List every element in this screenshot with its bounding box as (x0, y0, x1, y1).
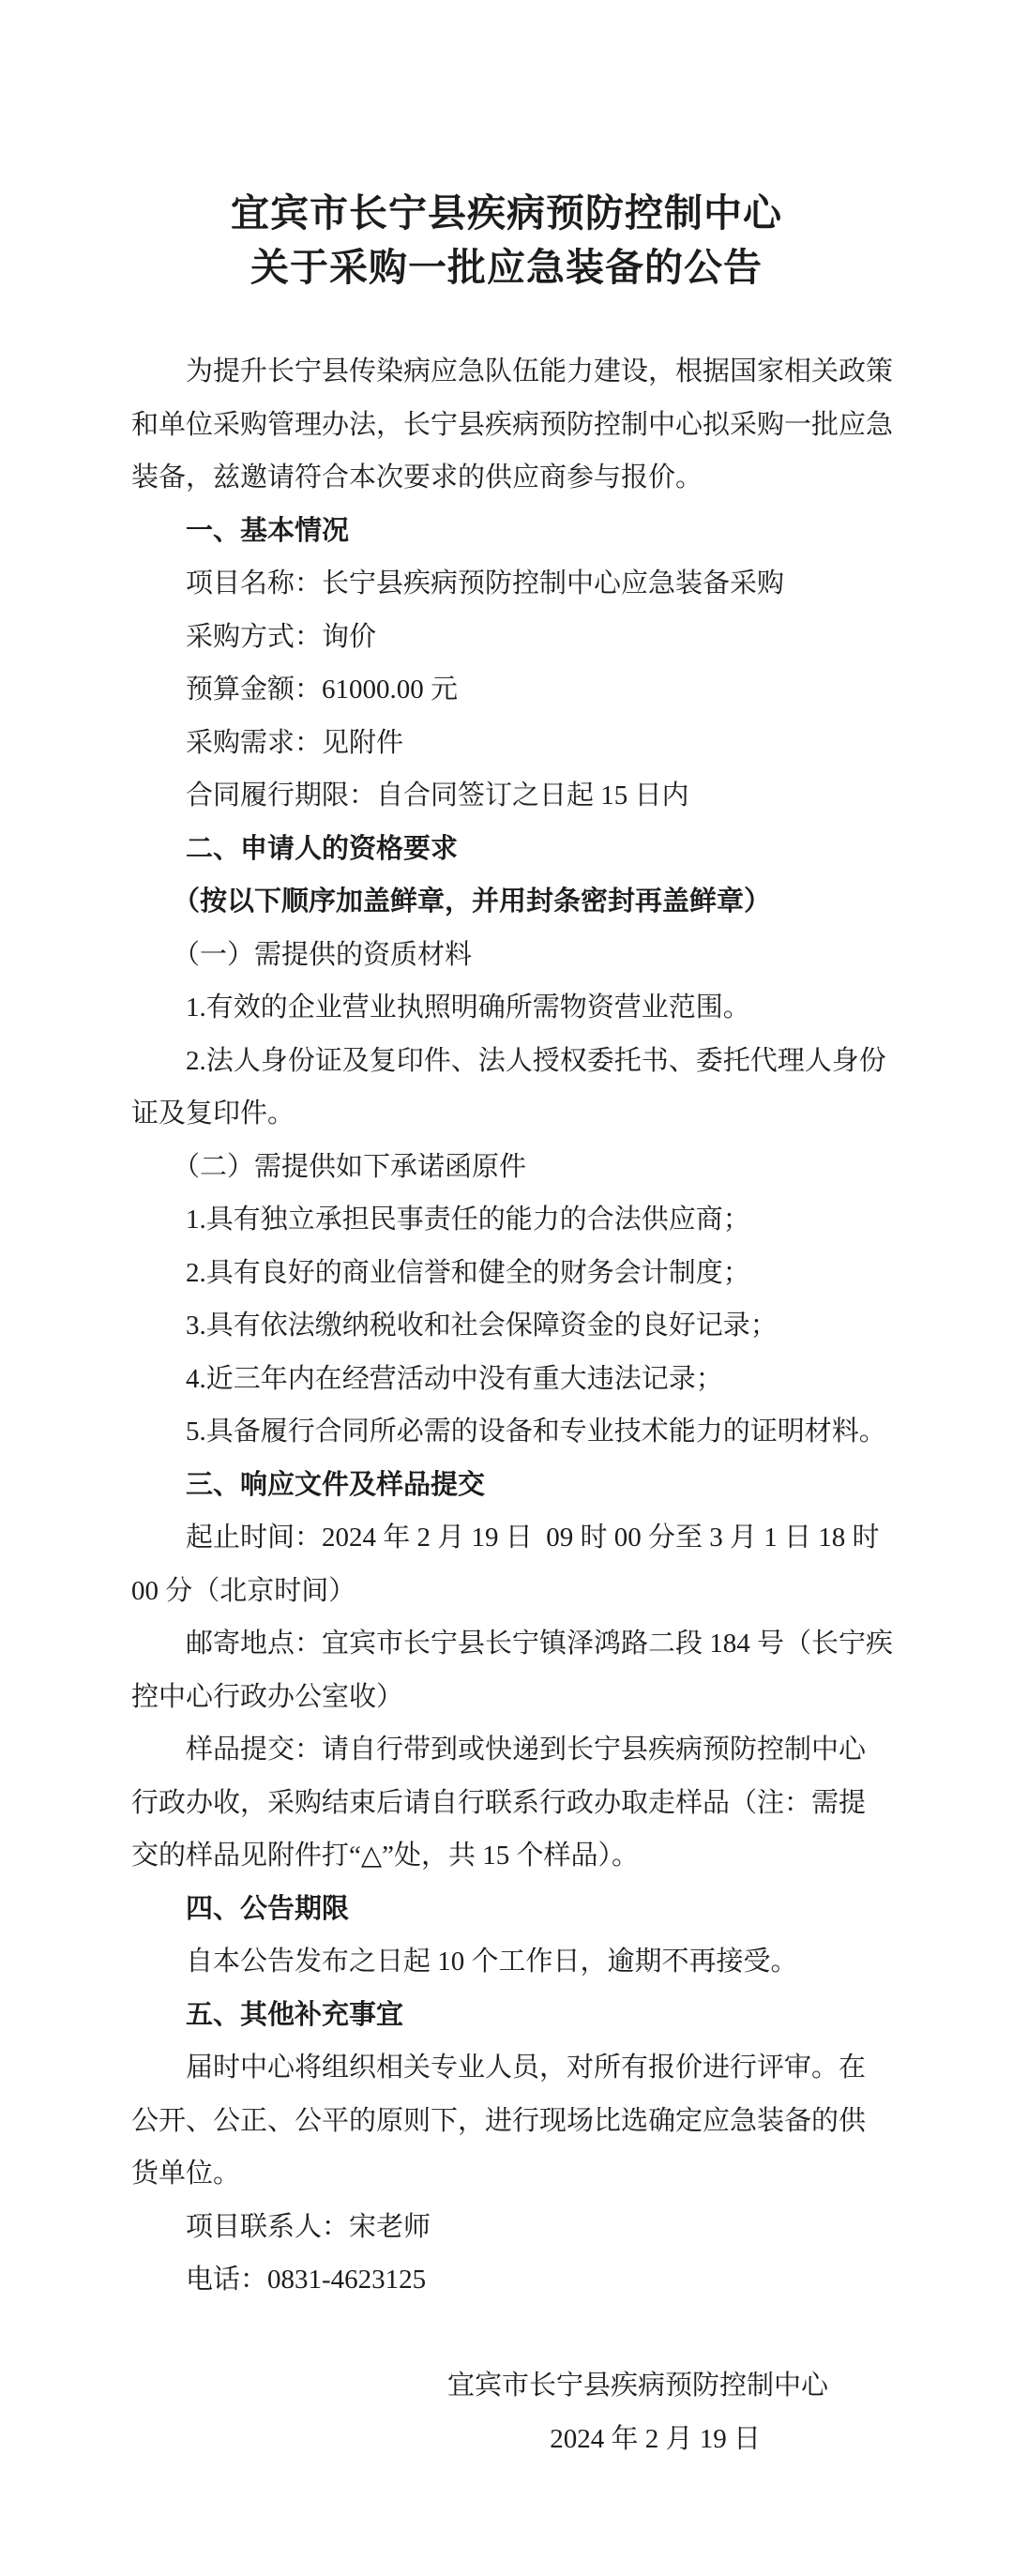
document-line: （一）需提供的资质材料 (131, 929, 887, 982)
document-line: 2.法人身份证及复印件、法人授权委托书、委托代理人身份 (131, 1035, 887, 1088)
document-line: 项目名称：长宁县疾病预防控制中心应急装备采购 (131, 557, 887, 611)
document-line: 00 分（北京时间） (131, 1565, 887, 1618)
blank-line (131, 2307, 887, 2360)
document-line: 5.具备履行合同所必需的设备和专业技术能力的证明材料。 (131, 1405, 887, 1459)
section-heading: 三、响应文件及样品提交 (131, 1459, 887, 1512)
document-line: 和单位采购管理办法，长宁县疾病预防控制中心拟采购一批应急 (131, 399, 887, 452)
section-heading: 五、其他补充事宜 (131, 1989, 887, 2042)
document-body: 为提升长宁县传染病应急队伍能力建设，根据国家相关政策和单位采购管理办法，长宁县疾… (131, 345, 887, 2465)
document-line: 样品提交：请自行带到或快递到长宁县疾病预防控制中心 (131, 1723, 887, 1777)
section-heading: 二、申请人的资格要求 (131, 823, 887, 876)
document-line: 自本公告发布之日起 10 个工作日，逾期不再接受。 (131, 1935, 887, 1989)
document-line: 采购需求：见附件 (131, 717, 887, 770)
document-line: 预算金额：61000.00 元 (131, 663, 887, 717)
document-line: 项目联系人：宋老师 (131, 2201, 887, 2254)
document-line: （二）需提供如下承诺函原件 (131, 1141, 887, 1194)
document-line: 装备，兹邀请符合本次要求的供应商参与报价。 (131, 451, 887, 505)
signature-date: 2024 年 2 月 19 日 (131, 2413, 887, 2466)
signature-org: 宜宾市长宁县疾病预防控制中心 (131, 2359, 887, 2413)
document-line: 起止时间：2024 年 2 月 19 日 09 时 00 分至 3 月 1 日 … (131, 1511, 887, 1565)
section-heading: 四、公告期限 (131, 1883, 887, 1936)
section-heading: （按以下顺序加盖鲜章，并用封条密封再盖鲜章） (131, 875, 887, 929)
document-page: 宜宾市长宁县疾病预防控制中心 关于采购一批应急装备的公告 为提升长宁县传染病应急… (0, 0, 1013, 2576)
document-line: 1.有效的企业营业执照明确所需物资营业范围。 (131, 981, 887, 1035)
document-title: 宜宾市长宁县疾病预防控制中心 关于采购一批应急装备的公告 (0, 186, 1013, 295)
section-heading: 一、基本情况 (131, 505, 887, 558)
document-line: 邮寄地点：宜宾市长宁县长宁镇泽鸿路二段 184 号（长宁疾 (131, 1617, 887, 1671)
document-line: 3.具有依法缴纳税收和社会保障资金的良好记录； (131, 1299, 887, 1353)
document-line: 电话：0831-4623125 (131, 2253, 887, 2307)
document-line: 1.具有独立承担民事责任的能力的合法供应商； (131, 1193, 887, 1247)
document-line: 4.近三年内在经营活动中没有重大违法记录； (131, 1353, 887, 1406)
title-line-1: 宜宾市长宁县疾病预防控制中心 (0, 186, 1013, 240)
document-line: 行政办收，采购结束后请自行联系行政办取走样品（注：需提 (131, 1777, 887, 1830)
document-line: 交的样品见附件打“△”处，共 15 个样品）。 (131, 1829, 887, 1883)
document-line: 控中心行政办公室收） (131, 1671, 887, 1724)
document-line: 证及复印件。 (131, 1087, 887, 1141)
document-line: 届时中心将组织相关专业人员，对所有报价进行评审。在 (131, 2041, 887, 2095)
document-line: 为提升长宁县传染病应急队伍能力建设，根据国家相关政策 (131, 345, 887, 399)
document-line: 2.具有良好的商业信誉和健全的财务会计制度； (131, 1247, 887, 1300)
document-line: 合同履行期限：自合同签订之日起 15 日内 (131, 769, 887, 823)
document-line: 公开、公正、公平的原则下，进行现场比选确定应急装备的供 (131, 2095, 887, 2148)
title-line-2: 关于采购一批应急装备的公告 (0, 240, 1013, 295)
document-line: 采购方式：询价 (131, 611, 887, 664)
document-line: 货单位。 (131, 2147, 887, 2201)
